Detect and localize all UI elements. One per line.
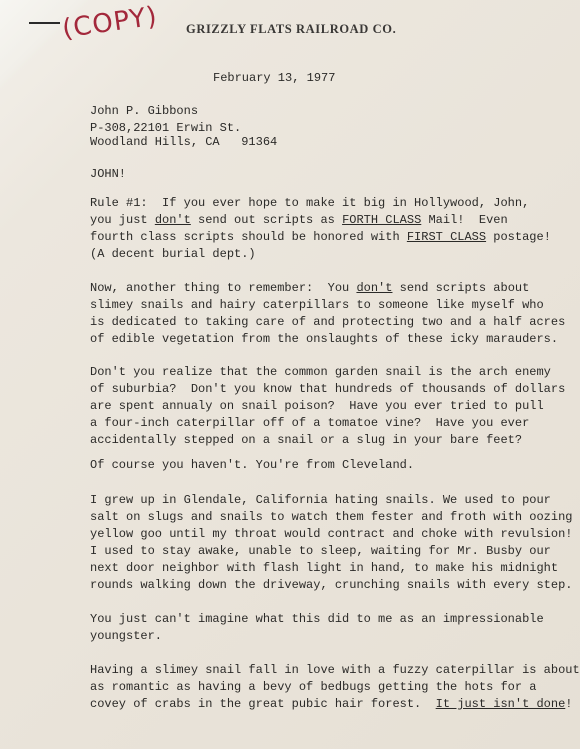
paragraph-line: slimey snails and hairy caterpillars to …	[90, 297, 544, 314]
paragraph-line: Rule #1: If you ever hope to make it big…	[90, 195, 529, 212]
paragraph-line: fourth class scripts should be honored w…	[90, 229, 551, 246]
paragraph-line: are spent annualy on snail poison? Have …	[90, 398, 544, 415]
paragraph-line: of suburbia? Don't you know that hundred…	[90, 381, 565, 398]
recipient-address-line2: Woodland Hills, CA 91364	[90, 134, 277, 151]
paragraph-line: I grew up in Glendale, California hating…	[90, 492, 551, 509]
paragraph-line: youngster.	[90, 628, 162, 645]
letter-page: (COPY) GRIZZLY FLATS RAILROAD CO. Februa…	[0, 0, 580, 749]
paragraph-line: Of course you haven't. You're from Cleve…	[90, 457, 414, 474]
underlined-text: FORTH CLASS	[342, 213, 421, 227]
underlined-text: don't	[155, 213, 191, 227]
letter-date: February 13, 1977	[213, 71, 335, 85]
pen-dash-mark	[29, 22, 60, 24]
underlined-text: don't	[356, 281, 392, 295]
paragraph-line: is dedicated to taking care of and prote…	[90, 314, 565, 331]
paragraph-line: a four-inch caterpillar off of a tomatoe…	[90, 415, 529, 432]
paragraph-line: Now, another thing to remember: You don'…	[90, 280, 529, 297]
paragraph-line: rounds walking down the driveway, crunch…	[90, 577, 572, 594]
paragraph-line: accidentally stepped on a snail or a slu…	[90, 432, 522, 449]
paragraph-line: of edible vegetation from the onslaughts…	[90, 331, 558, 348]
underlined-text: FIRST CLASS	[407, 230, 486, 244]
paragraph-line: covey of crabs in the great pubic hair f…	[90, 696, 572, 713]
paragraph-line: salt on slugs and snails to watch them f…	[90, 509, 572, 526]
salutation: JOHN!	[90, 166, 126, 183]
letterhead: GRIZZLY FLATS RAILROAD CO.	[186, 22, 396, 37]
paragraph-line: you just don't send out scripts as FORTH…	[90, 212, 508, 229]
paragraph-line: I used to stay awake, unable to sleep, w…	[90, 543, 551, 560]
paragraph-line: Don't you realize that the common garden…	[90, 364, 551, 381]
paragraph-line: next door neighbor with flash light in h…	[90, 560, 558, 577]
paragraph-line: Having a slimey snail fall in love with …	[90, 662, 580, 679]
underlined-text: It just isn't done	[436, 697, 566, 711]
paragraph-line: (A decent burial dept.)	[90, 246, 256, 263]
paragraph-line: yellow goo until my throat would contrac…	[90, 526, 572, 543]
recipient-name: John P. Gibbons	[90, 103, 198, 120]
paragraph-line: You just can't imagine what this did to …	[90, 611, 544, 628]
paragraph-line: as romantic as having a bevy of bedbugs …	[90, 679, 536, 696]
